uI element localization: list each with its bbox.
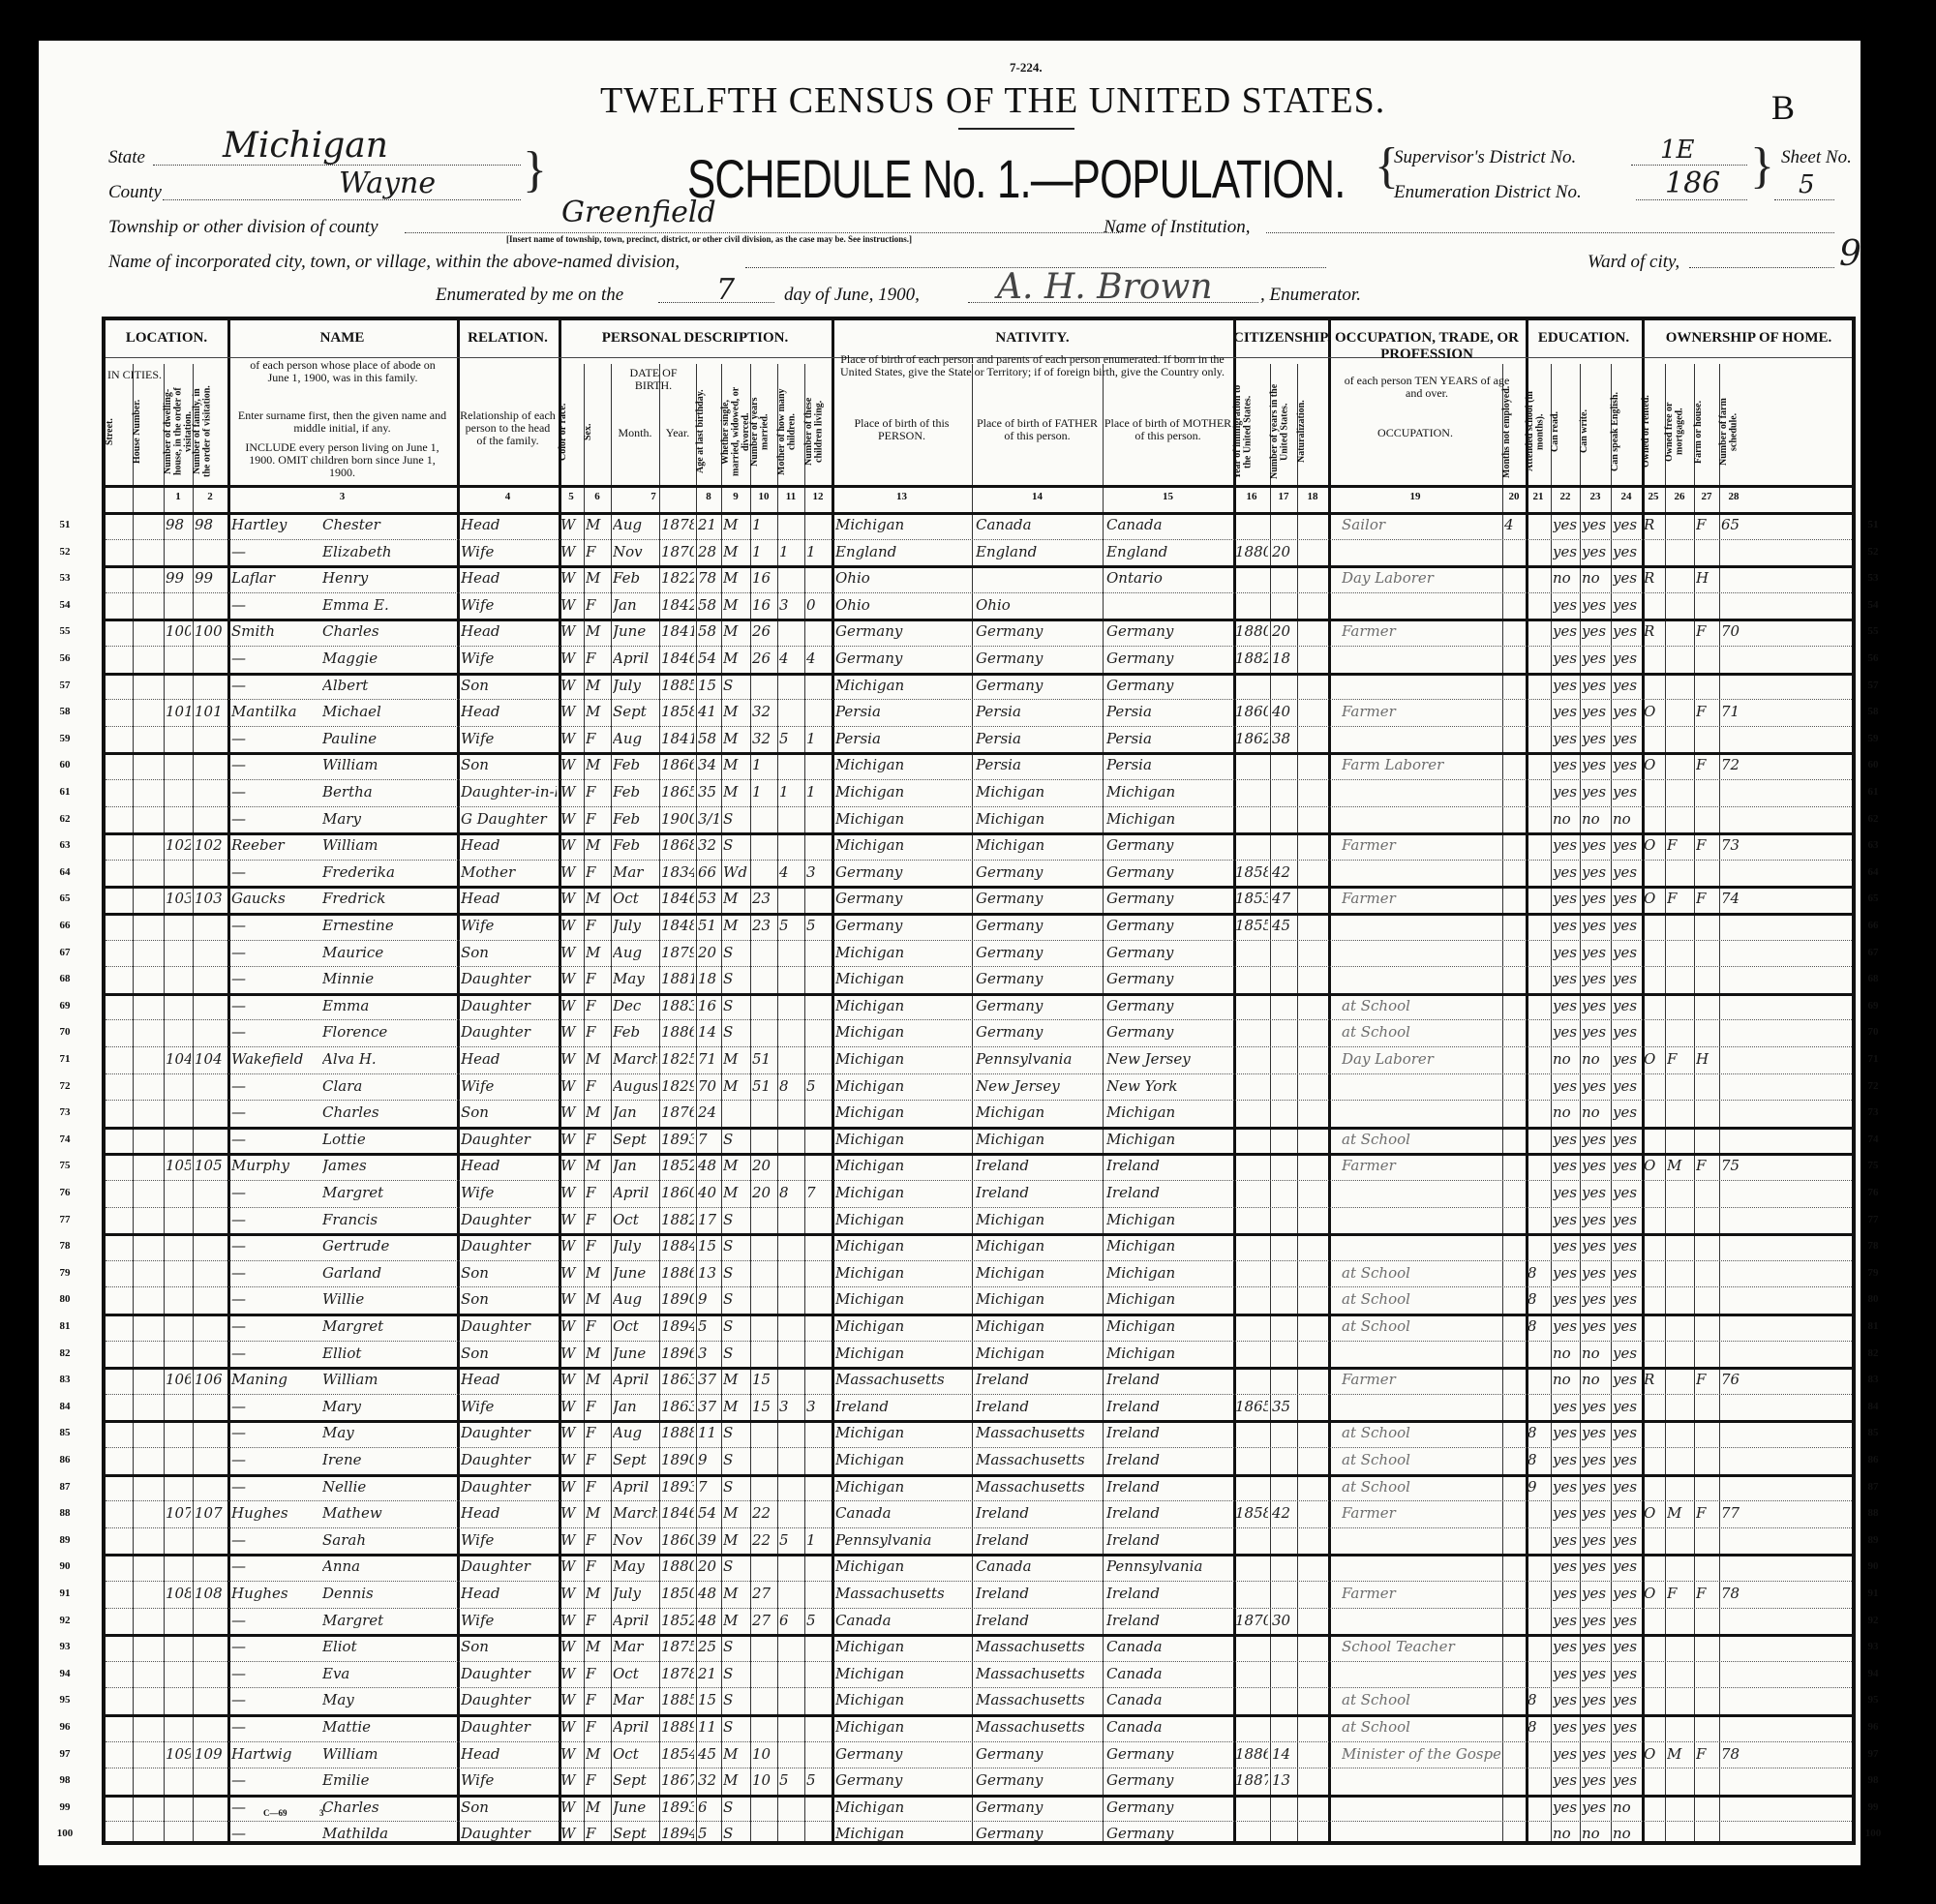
marital-status: S <box>723 1825 748 1842</box>
column-number: 8 <box>696 491 721 502</box>
relation: Head <box>461 1745 557 1763</box>
birthplace-father: Germany <box>976 622 1101 640</box>
can-write: yes <box>1582 1798 1609 1816</box>
birth-year: 1852 <box>661 1157 694 1174</box>
birthplace-father: Michigan <box>976 1237 1101 1254</box>
table-row: —ElizabethWifeWFNov187028M111EnglandEngl… <box>106 539 1852 566</box>
birth-year: 1886 <box>661 1023 694 1041</box>
birthplace-father: Ireland <box>976 1585 1101 1602</box>
birth-year: 1854 <box>661 1745 694 1763</box>
occupation: Day Laborer <box>1342 569 1500 587</box>
state-label: State <box>108 147 145 168</box>
can-speak-english: yes <box>1613 1050 1640 1068</box>
occupation: Farmer <box>1342 703 1500 720</box>
sex: M <box>586 1371 609 1388</box>
surname: — <box>231 997 317 1014</box>
relation: Mother <box>461 863 557 881</box>
can-read: yes <box>1553 622 1578 640</box>
marital-status: M <box>723 1531 748 1549</box>
sex: M <box>586 1264 609 1282</box>
birthplace-mother: Germany <box>1106 622 1231 640</box>
age: 7 <box>698 1131 719 1148</box>
immigration-year: 1853 <box>1235 890 1268 907</box>
can-read: no <box>1553 1825 1578 1842</box>
header-bottom-rule <box>106 485 1852 488</box>
color-race: W <box>560 1612 582 1629</box>
relation: Wife <box>461 650 557 667</box>
surname: — <box>231 1424 317 1441</box>
line-number-right: 58 <box>1860 706 1887 717</box>
birthplace-father: Ireland <box>976 1531 1101 1549</box>
surname: — <box>231 970 317 987</box>
given-name: Margret <box>322 1612 454 1629</box>
children-living: 5 <box>806 1077 830 1095</box>
birth-month: Sept <box>613 1825 657 1842</box>
sex: F <box>586 596 609 614</box>
relation: Head <box>461 569 557 587</box>
birth-year: 1876 <box>661 1103 694 1121</box>
can-read: yes <box>1553 1131 1578 1148</box>
immigration-year: 1858 <box>1235 863 1268 881</box>
can-speak-english: yes <box>1613 1585 1640 1602</box>
age: 78 <box>698 569 719 587</box>
surname: Hughes <box>231 1504 317 1522</box>
line-number-left: 59 <box>51 733 78 744</box>
can-read: yes <box>1553 917 1578 934</box>
line-number-left: 57 <box>51 680 78 691</box>
can-write: yes <box>1582 1424 1609 1441</box>
marital-status: S <box>723 1638 748 1655</box>
table-row: 9999LaflarHenryHeadWMFeb182278M16OhioOnt… <box>106 565 1852 592</box>
can-write: yes <box>1582 730 1609 747</box>
farm-house: H <box>1696 569 1717 587</box>
sex: M <box>586 944 609 961</box>
birth-month: Mar <box>613 1638 657 1655</box>
given-name: Sarah <box>322 1531 454 1549</box>
can-speak-english: yes <box>1613 1264 1640 1282</box>
birth-year: 1852 <box>661 1612 694 1629</box>
marital-status: S <box>723 1424 748 1441</box>
mother-of-children: 5 <box>779 917 802 934</box>
line-number-left: 100 <box>51 1828 78 1839</box>
line-number-left: 72 <box>51 1080 78 1092</box>
color-race: W <box>560 1638 582 1655</box>
surname: — <box>231 1103 317 1121</box>
year-header: Year. <box>659 427 696 439</box>
location-header: LOCATION. <box>106 330 227 347</box>
county-value: Wayne <box>339 166 436 200</box>
given-name: Garland <box>322 1264 454 1282</box>
dwelling-number: 98 <box>166 516 191 533</box>
birth-month: July <box>613 677 657 694</box>
table-row: —MaggieWifeWFApril184654M2644GermanyGerm… <box>106 646 1852 673</box>
sex: F <box>586 810 609 828</box>
age: 5 <box>698 1317 719 1335</box>
line-number-right: 57 <box>1860 680 1887 691</box>
birthplace-father: Canada <box>976 516 1101 533</box>
county-label: County <box>108 182 162 203</box>
birthplace-father: Ireland <box>976 1184 1101 1201</box>
age: 3/12 <box>698 810 719 828</box>
birth-year: 1863 <box>661 1398 694 1415</box>
birthplace-person: Michigan <box>835 756 970 773</box>
birth-month: Feb <box>613 756 657 773</box>
can-speak-english: yes <box>1613 596 1640 614</box>
line-number-right: 54 <box>1860 599 1887 611</box>
attended-school-header: Attended school (in months). <box>1526 383 1551 480</box>
birthplace-mother: Ireland <box>1106 1424 1231 1441</box>
dwelling-number: 102 <box>166 836 191 854</box>
marital-status: S <box>723 1665 748 1682</box>
marital-status: M <box>723 1184 748 1201</box>
marital-status: M <box>723 1612 748 1629</box>
birth-month: Sept <box>613 1771 657 1789</box>
free-mortgaged: F <box>1667 890 1692 907</box>
children-living: 1 <box>806 730 830 747</box>
column-number: 10 <box>750 491 777 502</box>
given-name: Elliot <box>322 1345 454 1362</box>
can-read: yes <box>1553 543 1578 560</box>
table-row: —MattieDaughterWFApril188911SMichiganMas… <box>106 1714 1852 1741</box>
birthplace-person: Michigan <box>835 1290 970 1308</box>
age: 71 <box>698 1050 719 1068</box>
column-number: 16 <box>1233 491 1270 502</box>
color-race: W <box>560 997 582 1014</box>
occupation: Farmer <box>1342 1371 1500 1388</box>
birthplace-person: Michigan <box>835 1317 970 1335</box>
dwelling-number: 99 <box>166 569 191 587</box>
birth-year: 1880 <box>661 1557 694 1575</box>
line-number-left: 92 <box>51 1615 78 1626</box>
birth-month: March <box>613 1050 657 1068</box>
sex: M <box>586 1103 609 1121</box>
free-mortgaged: M <box>1667 1745 1692 1763</box>
can-speak-english: yes <box>1613 1317 1640 1335</box>
relation: Wife <box>461 730 557 747</box>
free-mortgaged: F <box>1667 1585 1692 1602</box>
surname: Wakefield <box>231 1050 317 1068</box>
birthplace-person: Germany <box>835 917 970 934</box>
marital-status: S <box>723 810 748 828</box>
years-in-us: 35 <box>1272 1398 1295 1415</box>
school-months: 8 <box>1528 1317 1549 1335</box>
can-write: yes <box>1582 917 1609 934</box>
can-write: yes <box>1582 516 1609 533</box>
can-speak-english: yes <box>1613 569 1640 587</box>
surname: Hartwig <box>231 1745 317 1763</box>
can-write: yes <box>1582 756 1609 773</box>
children-living: 3 <box>806 1398 830 1415</box>
can-write: no <box>1582 1345 1609 1362</box>
can-write: yes <box>1582 1023 1609 1041</box>
birthplace-mother: Michigan <box>1106 1131 1231 1148</box>
age: 58 <box>698 730 719 747</box>
color-race: W <box>560 836 582 854</box>
birth-month: Sept <box>613 1131 657 1148</box>
sex: M <box>586 516 609 533</box>
line-number-right: 85 <box>1860 1427 1887 1438</box>
can-write-header: Can write. <box>1580 383 1611 480</box>
marital-status: S <box>723 1131 748 1148</box>
surname: — <box>231 1638 317 1655</box>
family-number: 98 <box>195 516 226 533</box>
birthplace-father: Ireland <box>976 1371 1101 1388</box>
can-speak-english: yes <box>1613 1103 1640 1121</box>
immigration-year: 1880 <box>1235 543 1268 560</box>
can-write: yes <box>1582 1504 1609 1522</box>
marital-status: S <box>723 1345 748 1362</box>
can-read: yes <box>1553 1023 1578 1041</box>
birthplace-mother: Canada <box>1106 1665 1231 1682</box>
line-number-left: 75 <box>51 1160 78 1171</box>
family-number: 103 <box>195 890 226 907</box>
township-instructions: [Insert name of township, town, precinct… <box>506 234 912 244</box>
children-living-header: Number of these children living. <box>804 383 832 480</box>
birthplace-person: Michigan <box>835 1103 970 1121</box>
relation: Wife <box>461 543 557 560</box>
can-speak-english: yes <box>1613 1718 1640 1736</box>
family-number: 106 <box>195 1371 226 1388</box>
line-number-left: 70 <box>51 1026 78 1038</box>
can-write: yes <box>1582 997 1609 1014</box>
years-married: 22 <box>752 1531 775 1549</box>
birth-year: 1884 <box>661 1237 694 1254</box>
line-number-right: 91 <box>1860 1587 1887 1599</box>
marital-status: S <box>723 1478 748 1496</box>
free-mortgaged-header: Owned free or mortgaged. <box>1665 383 1694 480</box>
birth-month: June <box>613 1264 657 1282</box>
given-name: William <box>322 756 454 773</box>
can-read: yes <box>1553 1638 1578 1655</box>
can-write: yes <box>1582 1691 1609 1708</box>
column-number: 22 <box>1551 491 1580 502</box>
birthplace-person: Michigan <box>835 836 970 854</box>
birthplace-person: Michigan <box>835 944 970 961</box>
birth-month: Jan <box>613 596 657 614</box>
institution-line <box>1266 232 1834 233</box>
birth-month: Mar <box>613 863 657 881</box>
birth-month: Nov <box>613 1531 657 1549</box>
birth-month: June <box>613 1798 657 1816</box>
sex: M <box>586 836 609 854</box>
given-name: Charles <box>322 622 454 640</box>
farm-house-header: Farm or house. <box>1694 383 1719 480</box>
sex: M <box>586 622 609 640</box>
relation: Daughter <box>461 1451 557 1468</box>
line-number-right: 84 <box>1860 1401 1887 1412</box>
surname: — <box>231 543 317 560</box>
line-number-right: 87 <box>1860 1481 1887 1493</box>
birth-year: 1858 <box>661 703 694 720</box>
birthplace-person: Ireland <box>835 1398 970 1415</box>
birthplace-father: Michigan <box>976 1290 1101 1308</box>
birthplace-mother: Ireland <box>1106 1504 1231 1522</box>
birthplace-father: Michigan <box>976 810 1101 828</box>
family-number: 108 <box>195 1585 226 1602</box>
given-name: William <box>322 836 454 854</box>
years-married: 32 <box>752 703 775 720</box>
farm-schedule-header: Number of farm schedule. <box>1719 383 1748 480</box>
personal-description-header: PERSONAL DESCRIPTION. <box>559 330 832 347</box>
birthplace-person: Michigan <box>835 1023 970 1041</box>
sex: M <box>586 569 609 587</box>
owned-rented: R <box>1644 516 1663 533</box>
date-of-birth-header: DATE OF BIRTH. <box>611 367 696 392</box>
column-number: 14 <box>972 491 1103 502</box>
color-race: W <box>560 1264 582 1282</box>
marital-status: M <box>723 783 748 801</box>
given-name: Gertrude <box>322 1237 454 1254</box>
birth-year: 1825 <box>661 1050 694 1068</box>
relation: Son <box>461 1290 557 1308</box>
line-number-right: 99 <box>1860 1801 1887 1813</box>
occupation: Sailor <box>1342 516 1500 533</box>
children-living: 4 <box>806 650 830 667</box>
birthplace-mother: New Jersey <box>1106 1050 1231 1068</box>
line-number-right: 76 <box>1860 1187 1887 1198</box>
age: 15 <box>698 677 719 694</box>
birthplace-father: Germany <box>976 1771 1101 1789</box>
given-name: William <box>322 1371 454 1388</box>
sex: F <box>586 1825 609 1842</box>
birth-year: 1867 <box>661 1771 694 1789</box>
dwelling-number: 101 <box>166 703 191 720</box>
sex: F <box>586 783 609 801</box>
can-write: yes <box>1582 1531 1609 1549</box>
can-speak-english: yes <box>1613 783 1640 801</box>
family-number: 100 <box>195 622 226 640</box>
occupation: at School <box>1342 1718 1500 1736</box>
relation: Son <box>461 1264 557 1282</box>
column-number: 13 <box>832 491 972 502</box>
table-row: 9898HartleyChesterHeadWMAug187821M1Michi… <box>106 512 1852 539</box>
surname: — <box>231 596 317 614</box>
pob-person-header: Place of birth of this PERSON. <box>832 417 972 442</box>
can-read: yes <box>1553 1157 1578 1174</box>
given-name: Florence <box>322 1023 454 1041</box>
birthplace-father: Michigan <box>976 1345 1101 1362</box>
line-number-right: 100 <box>1860 1828 1887 1839</box>
farm-schedule-number: 72 <box>1721 756 1756 773</box>
birthplace-mother: Germany <box>1106 677 1231 694</box>
birthplace-father: Massachusetts <box>976 1424 1101 1441</box>
relation-header: RELATION. <box>457 330 559 347</box>
can-write: yes <box>1582 650 1609 667</box>
given-name: May <box>322 1424 454 1441</box>
birthplace-mother: Ireland <box>1106 1398 1231 1415</box>
can-read: no <box>1553 1371 1578 1388</box>
can-speak-english-header: Can speak English. <box>1611 383 1642 480</box>
color-race: W <box>560 1317 582 1335</box>
relation: Wife <box>461 1398 557 1415</box>
school-months: 8 <box>1528 1424 1549 1441</box>
marital-status: S <box>723 677 748 694</box>
naturalization-header: Naturalization. <box>1297 383 1328 480</box>
given-name: Lottie <box>322 1131 454 1148</box>
line-number-left: 84 <box>51 1401 78 1412</box>
census-sheet: 7-224. TWELFTH CENSUS OF THE UNITED STAT… <box>39 41 1860 1865</box>
birth-year: 1889 <box>661 1718 694 1736</box>
line-number-left: 69 <box>51 1000 78 1012</box>
marital-status: M <box>723 569 748 587</box>
marital-status-header: Whether single, married, widowed, or div… <box>721 383 750 480</box>
relation: Head <box>461 1585 557 1602</box>
color-race: W <box>560 810 582 828</box>
farm-house: F <box>1696 703 1717 720</box>
line-number-right: 63 <box>1860 839 1887 851</box>
line-number-left: 87 <box>51 1481 78 1493</box>
occupation: School Teacher <box>1342 1638 1500 1655</box>
color-race: W <box>560 783 582 801</box>
table-row: —AlbertSonWMJuly188515SMichiganGermanyGe… <box>106 673 1852 700</box>
can-speak-english: yes <box>1613 1077 1640 1095</box>
birthplace-mother: Canada <box>1106 1718 1231 1736</box>
birthplace-person: Germany <box>835 622 970 640</box>
column-number: 6 <box>584 491 611 502</box>
birth-month: Jan <box>613 1398 657 1415</box>
occupation: at School <box>1342 1317 1500 1335</box>
marital-status: M <box>723 1585 748 1602</box>
line-number-right: 74 <box>1860 1133 1887 1145</box>
birthplace-mother: Michigan <box>1106 1345 1231 1362</box>
table-row: —Emma E.WifeWFJan184258M1630OhioOhioyesy… <box>106 592 1852 620</box>
color-race: W <box>560 1424 582 1441</box>
birthplace-person: Michigan <box>835 1424 970 1441</box>
nativity-header: NATIVITY. <box>832 330 1233 347</box>
given-name: Fredrick <box>322 890 454 907</box>
can-speak-english: yes <box>1613 1638 1640 1655</box>
relation-description: Relationship of each person to the head … <box>460 409 556 448</box>
can-read: yes <box>1553 1771 1578 1789</box>
occupation: Farm Laborer <box>1342 756 1500 773</box>
column-number: 18 <box>1297 491 1328 502</box>
table-row: 105105MurphyJamesHeadWMJan185248M20Michi… <box>106 1153 1852 1180</box>
can-write: yes <box>1582 1157 1609 1174</box>
birth-year: 1882 <box>661 1211 694 1228</box>
birth-month: Oct <box>613 1665 657 1682</box>
sex: F <box>586 1237 609 1254</box>
surname: Hartley <box>231 516 317 533</box>
occupation: at School <box>1342 1264 1500 1282</box>
table-row: 107107HughesMathewHeadWMMarch184654M22Ca… <box>106 1500 1852 1527</box>
line-number-right: 96 <box>1860 1721 1887 1733</box>
given-name: Minnie <box>322 970 454 987</box>
form-code: C—69 <box>263 1808 287 1818</box>
line-number-right: 72 <box>1860 1080 1887 1092</box>
immigration-year: 1862 <box>1235 730 1268 747</box>
can-speak-english: yes <box>1613 677 1640 694</box>
relation: Daughter <box>461 1237 557 1254</box>
can-speak-english: yes <box>1613 1691 1640 1708</box>
birth-year: 1860 <box>661 1184 694 1201</box>
birthplace-person: Michigan <box>835 810 970 828</box>
dwelling-number-header: Number of dwelling-house, in the order o… <box>164 383 193 480</box>
given-name: Alva H. <box>322 1050 454 1068</box>
column-number: 11 <box>777 491 804 502</box>
can-speak-english: yes <box>1613 1237 1640 1254</box>
years-in-us: 30 <box>1272 1612 1295 1629</box>
occupation: at School <box>1342 1023 1500 1041</box>
line-number-left: 79 <box>51 1267 78 1279</box>
line-number-left: 65 <box>51 892 78 904</box>
color-race: W <box>560 756 582 773</box>
children-living: 5 <box>806 1771 830 1789</box>
can-write: yes <box>1582 1398 1609 1415</box>
birthplace-person: Michigan <box>835 1718 970 1736</box>
birth-month: May <box>613 1557 657 1575</box>
relation: Daughter <box>461 1211 557 1228</box>
line-number-right: 77 <box>1860 1214 1887 1225</box>
